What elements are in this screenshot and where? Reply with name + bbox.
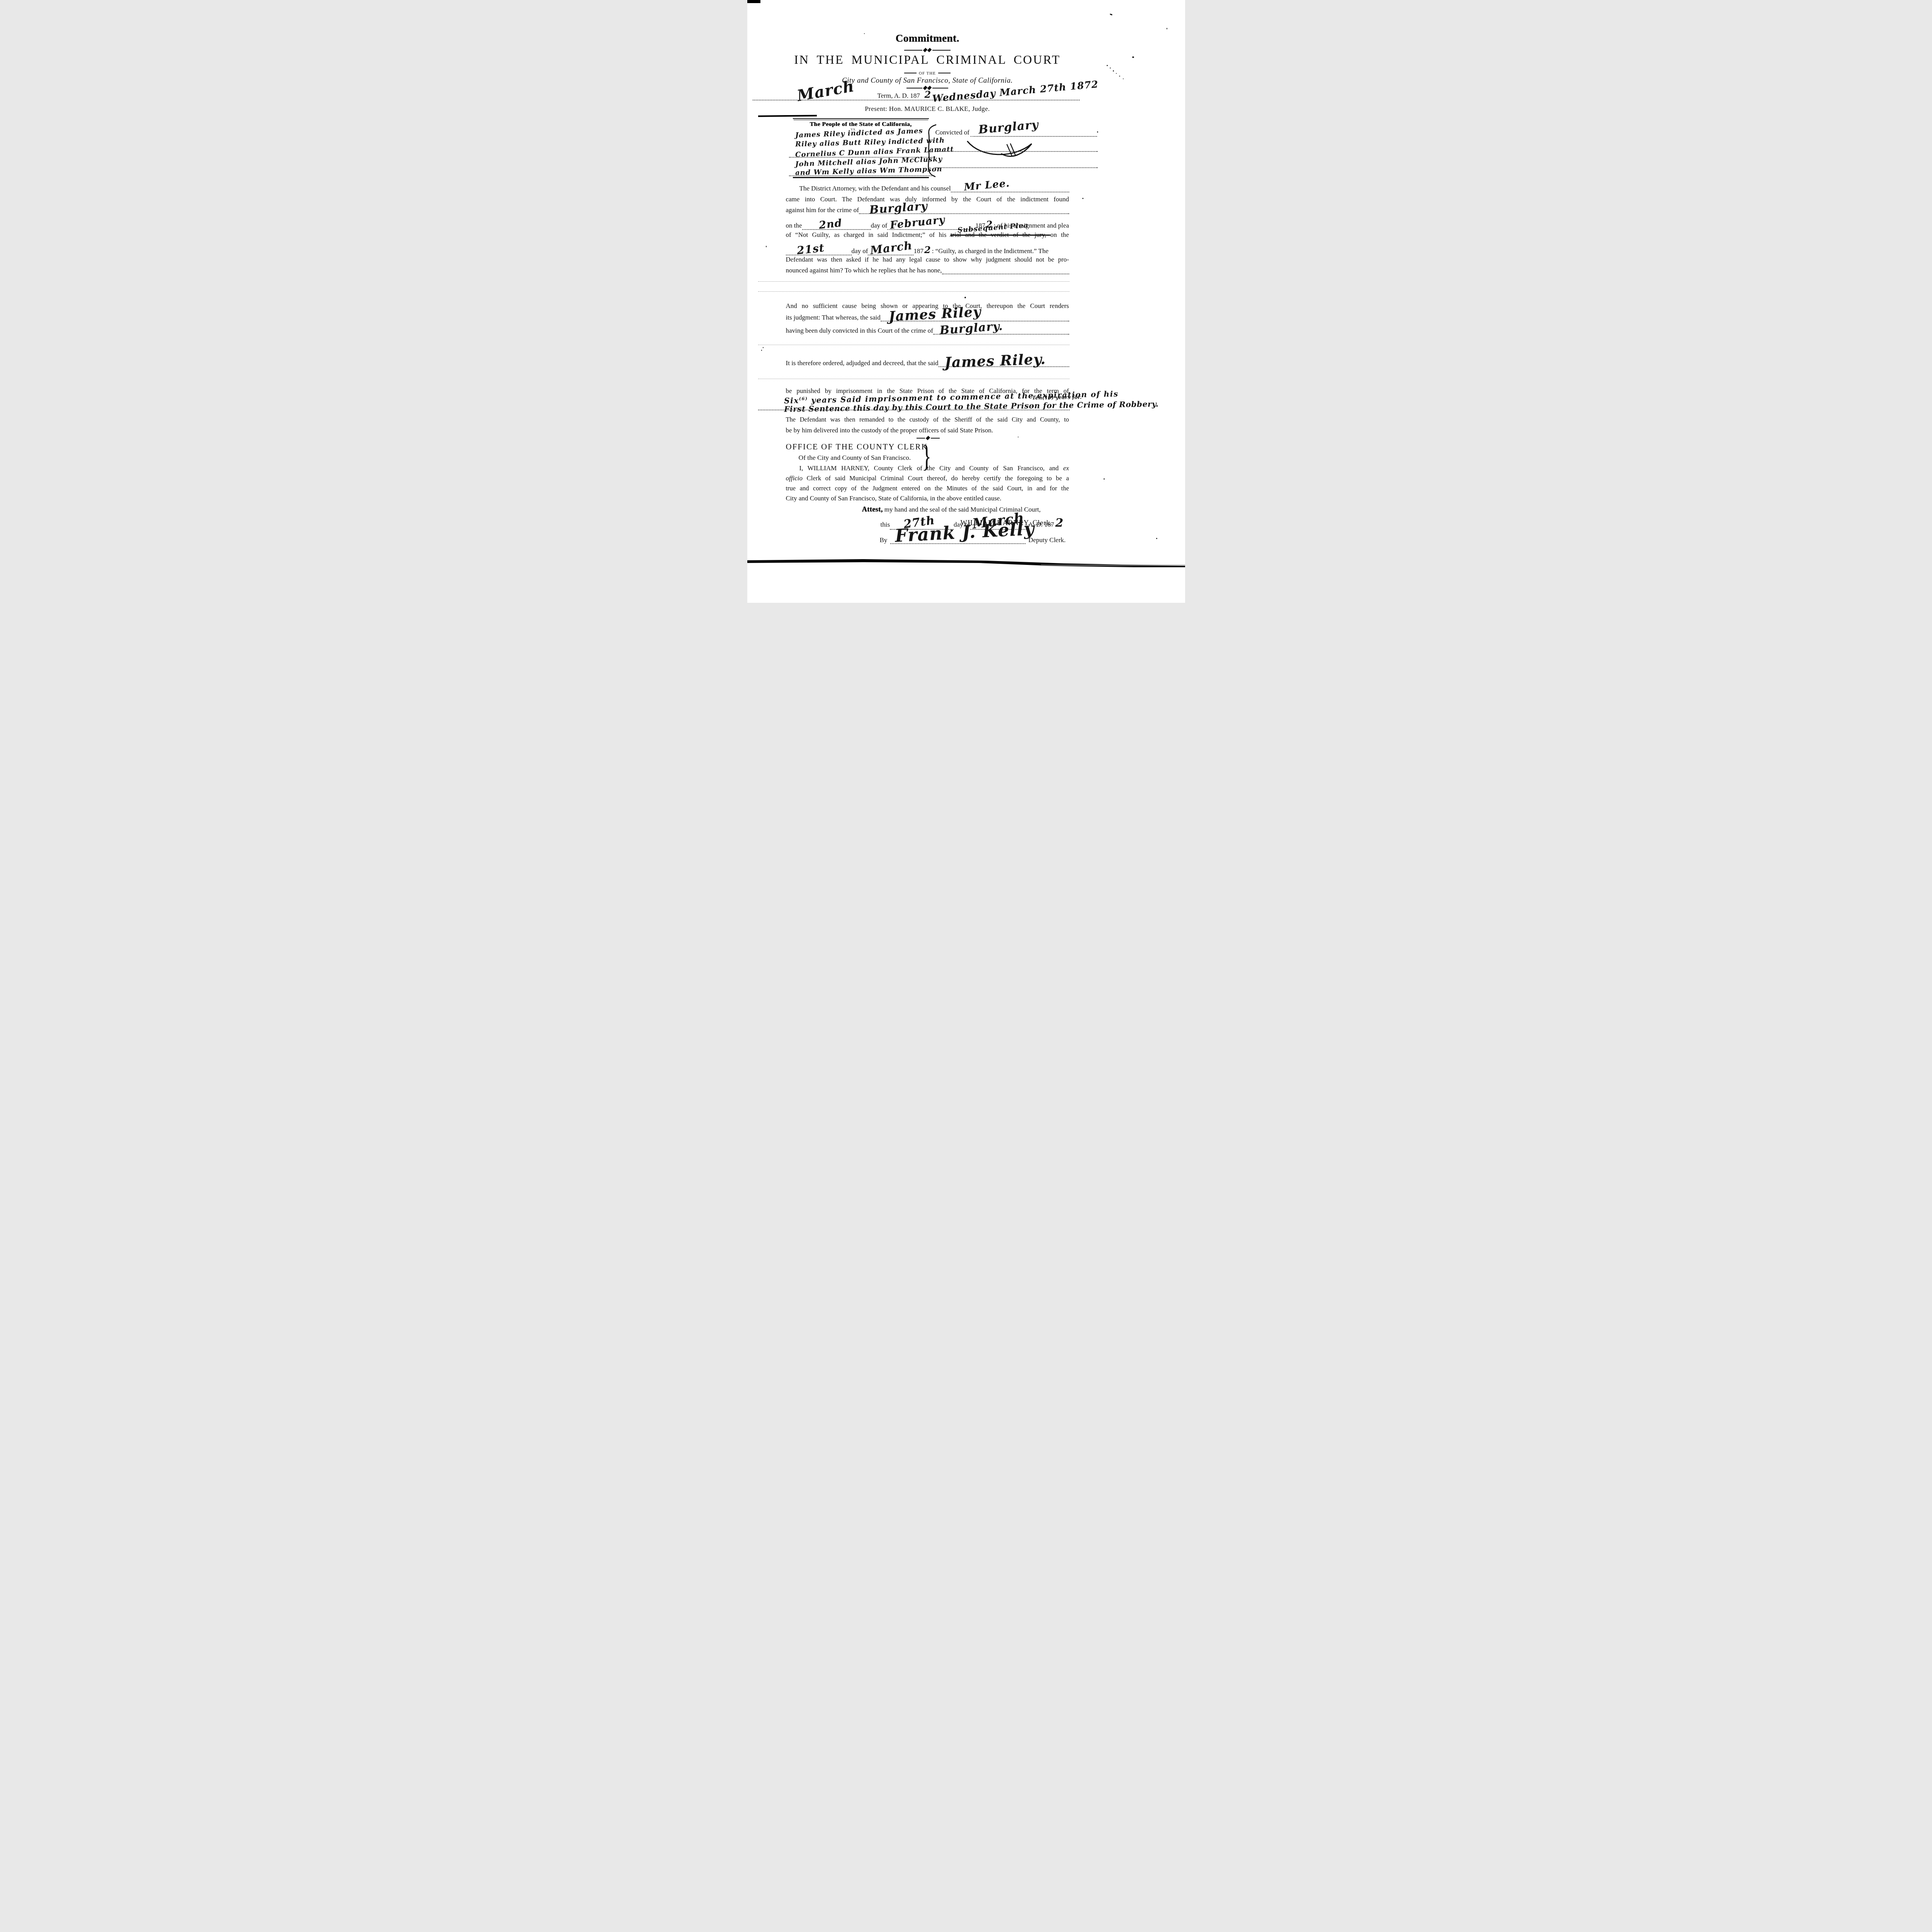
sentence-term-sup: (6) — [799, 396, 808, 401]
month-handwriting: February — [889, 214, 945, 231]
scan-speck — [1104, 478, 1105, 480]
scan-speck — [1156, 538, 1157, 539]
body-line: The District Attorney, with the Defendan… — [786, 185, 1069, 192]
month-handwriting: March — [869, 239, 913, 257]
cert-em: officio — [786, 474, 803, 482]
body-line: be by him delivered into the custody of … — [786, 427, 1069, 434]
blank-ruled-line — [758, 345, 1070, 345]
insert-caret: ^ — [949, 235, 954, 240]
office-heading: OFFICE OF THE COUNTY CLERK — [786, 442, 928, 452]
guilty-text: : “Guilty, as charged in the Indictment.… — [932, 247, 1069, 255]
diamond-icon — [923, 48, 927, 53]
day-of-label: day of — [871, 222, 888, 230]
scan-speck — [1116, 73, 1117, 74]
court-title: IN THE MUNICIPAL CRIMINAL COURT — [786, 53, 1069, 67]
replies-text: nounced against him? To which he replies… — [786, 267, 942, 274]
scan-speck — [766, 246, 767, 247]
document-title: Commitment. — [786, 32, 1069, 44]
struck-text: trial and the verdict of the jury, Subse… — [951, 231, 1050, 238]
year-handwriting: 2 — [924, 244, 931, 255]
by-label: By — [880, 536, 888, 544]
cert-line: officio Clerk of said Municipal Criminal… — [786, 474, 1069, 482]
body-line: came into Court. The Defendant was duly … — [786, 196, 1069, 203]
sentence-insert: Ten(10) years for. — [1032, 395, 1081, 401]
scan-speck — [1109, 14, 1112, 15]
term-year-handwriting: 2 — [925, 89, 932, 100]
body-line: having been duly convicted in this Court… — [786, 327, 1069, 335]
convicted-of-line-2 — [935, 151, 1098, 152]
cert-text: Clerk of said Municipal Criminal Court t… — [803, 474, 1069, 482]
scan-artifact-bottom-band — [747, 559, 1185, 570]
scan-artifact-left-line — [758, 115, 816, 117]
scan-speck — [1097, 131, 1098, 133]
empty-blank — [942, 272, 1069, 274]
counsel-printed: The District Attorney, with the Defendan… — [799, 185, 951, 192]
convicted-of-handwriting: Burglary — [978, 118, 1039, 136]
scan-speck — [1110, 68, 1111, 68]
ordered-handwriting: James Riley. — [944, 350, 1046, 371]
day-handwriting: 21st — [796, 241, 825, 257]
scan-speck — [1167, 28, 1167, 29]
attest-word: Attest, — [862, 505, 883, 513]
counsel-blank: Mr Lee. — [951, 190, 1069, 192]
scan-speck — [1119, 76, 1120, 77]
counsel-handwriting: Mr Lee. — [963, 178, 1010, 193]
body-line: It is therefore ordered, adjudged and de… — [786, 359, 1069, 367]
dash-ornament — [938, 73, 951, 73]
present-judge-line: Present: Hon. MAURICE C. BLAKE, Judge. — [786, 105, 1069, 113]
cert-em: ex — [1063, 464, 1069, 472]
of-the-line: OF THE — [786, 71, 1069, 76]
sentence-line2b: for the Crime of Robbery. — [1043, 399, 1159, 410]
crime-blank: Burglary. — [933, 332, 1069, 335]
not-guilty-text: of “Not Guilty, as charged in said Indic… — [786, 231, 947, 238]
scan-speck — [1082, 198, 1083, 199]
body-line: its judgment: That whereas, the said Jam… — [786, 314, 1069, 321]
blank-ruled-line — [758, 291, 1070, 292]
ordered-printed: It is therefore ordered, adjudged and de… — [786, 359, 939, 367]
burglary-flourish — [964, 138, 1045, 162]
scan-speck — [763, 347, 764, 348]
scan-speck — [1123, 78, 1124, 79]
sentence-ruled-line — [758, 410, 1070, 410]
this-label: this — [881, 521, 890, 529]
caption-right-brace — [925, 124, 937, 178]
body-line: The Defendant was then remanded to the c… — [786, 416, 1069, 423]
scan-speck — [1113, 70, 1114, 71]
caption-dotted-separator — [789, 175, 934, 176]
month-blank: March — [868, 253, 913, 255]
insert-caret: ^ — [1031, 405, 1035, 410]
day-blank: 21st — [786, 253, 852, 255]
deputy-clerk-label: Deputy Clerk. — [1029, 536, 1066, 544]
body-line: 21st day of March 187 2 : “Guilty, as ch… — [786, 244, 1069, 255]
cert-text: I, WILLIAM HARNEY, County Clerk of the C… — [799, 464, 1063, 472]
scan-speck — [761, 350, 762, 351]
convicted-of-label: Convicted of — [935, 129, 969, 136]
on-the-label: on the — [1050, 231, 1069, 238]
blank-ruled-line — [758, 379, 1070, 379]
blank-ruled-line — [758, 281, 1070, 282]
commitment-document-scan: Commitment. IN THE MUNICIPAL CRIMINAL CO… — [747, 0, 1185, 603]
scan-artifact-top-left — [747, 0, 760, 3]
body-line: nounced against him? To which he replies… — [786, 267, 1069, 274]
body-line: Defendant was then asked if he had any l… — [786, 256, 1069, 264]
scan-speck — [1132, 56, 1134, 58]
cert-line: City and County of San Francisco, State … — [786, 495, 1069, 502]
scan-speck — [1107, 65, 1108, 66]
dash-ornament — [904, 73, 917, 73]
convicted-crime-printed: having been duly convicted in this Court… — [786, 327, 933, 335]
crime-of-printed: against him for the crime of — [786, 206, 859, 214]
scan-speck — [1018, 437, 1019, 437]
ordered-blank: James Riley. — [939, 365, 1069, 367]
term-printed-label: Term, A. D. 187 — [878, 92, 920, 100]
crime-handwriting: Burglary. — [939, 320, 1003, 337]
office-subheading: Of the City and County of San Francisco. — [799, 454, 911, 462]
plaintiff-line: The People of the State of California, — [793, 121, 929, 128]
scan-speck — [964, 297, 966, 298]
attest-year-handwriting: 2 — [1055, 516, 1064, 530]
ornament-divider-top — [904, 49, 951, 51]
cert-line: true and correct copy of the Judgment en… — [786, 485, 1069, 492]
year-printed: 187 — [913, 247, 923, 255]
judgment-printed: its judgment: That whereas, the said — [786, 314, 881, 321]
body-line: of “Not Guilty, as charged in said Indic… — [786, 231, 1069, 239]
sentence-insert-anchor: Ten(10) years for.^for the Crime of Robb… — [1043, 399, 1159, 410]
case-caption-box: The People of the State of California, V… — [793, 118, 929, 178]
diamond-icon — [927, 48, 932, 53]
convicted-of-line-1 — [971, 136, 1097, 137]
of-the-text: OF THE — [919, 71, 936, 76]
day-of-label: day of — [852, 247, 868, 255]
scan-speck — [864, 33, 865, 34]
convicted-of-line-3 — [935, 167, 1098, 168]
on-the-label: on the — [786, 222, 802, 230]
cert-line: I, WILLIAM HARNEY, County Clerk of the C… — [786, 464, 1069, 472]
crime-of-blank: Burglary — [859, 212, 1069, 214]
day-handwriting: 2nd — [818, 217, 842, 231]
day-blank: 2nd — [802, 228, 871, 230]
body-line: against him for the crime of Burglary — [786, 206, 1069, 214]
